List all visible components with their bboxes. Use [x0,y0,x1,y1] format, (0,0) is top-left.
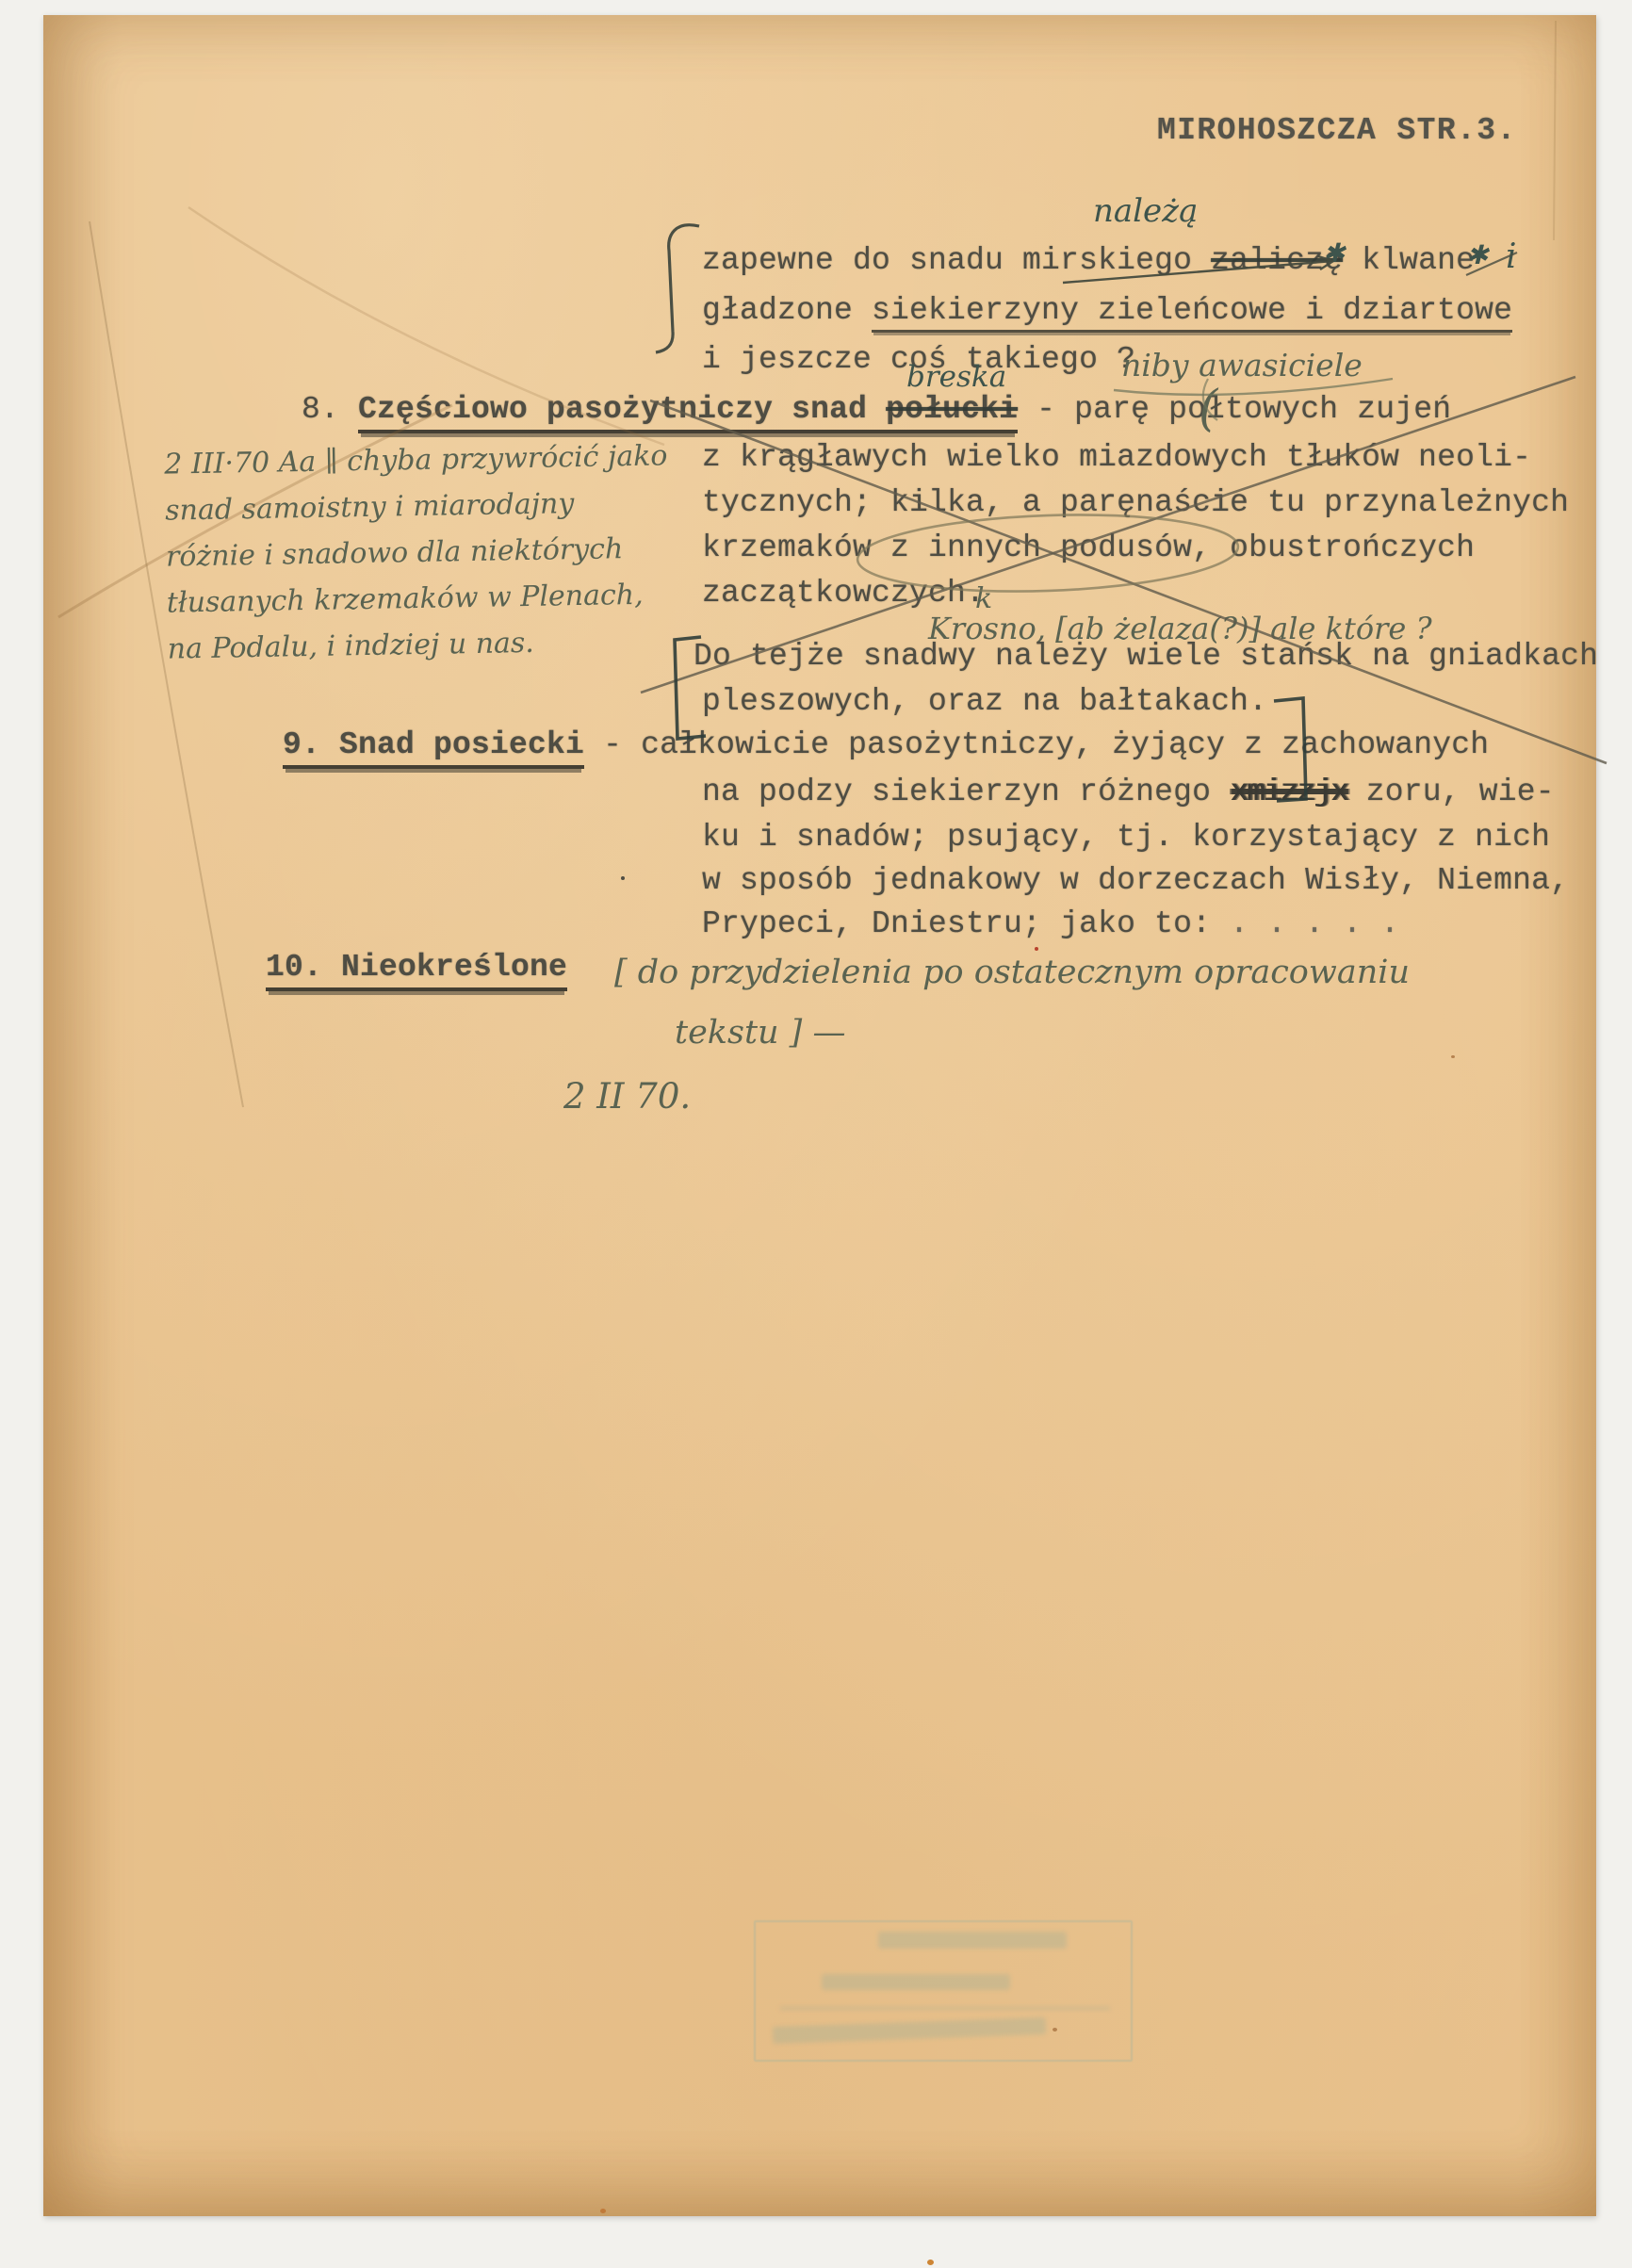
stamp-line-1 [878,1932,1067,1949]
section10-number: 10. [266,950,341,985]
intro-line-2-underlined: siekierzyny zieleńcowe i dziartowe [872,293,1512,333]
section9-line-5-dots: . . . . . [1211,906,1399,941]
paper-speck [1035,947,1038,951]
section10-title-text: Nieokreślone [341,950,567,985]
section8-number: 8. [302,392,358,427]
section8-line-6: Do tejże snadwy należy wiele stańsk na g… [694,639,1598,675]
section8-title: Częściowo pasożytniczy snad połucki [358,392,1018,433]
paper-speck [927,2260,934,2265]
handwritten-breska: breska [906,360,1006,394]
intro-line-1: zapewne do snadu mirskiego zaliczę klwan… [702,243,1475,279]
handwritten-niby: niby awasiciele [1121,347,1363,383]
stamp-rule [780,2007,1110,2010]
margin-note-line-5: na Podalu, i indziej u nas. [167,617,671,672]
section9-heading-line: 9. Snad posiecki - całkowicie pasożytnic… [283,727,1489,763]
section8-line-4: krzemaków z innych podusów, obustrończyc… [702,530,1475,566]
section9-number: 9. [283,727,339,762]
section8-line-4-post: obustrończych [1211,530,1475,565]
margin-note-line-1: 2 III·70 Aa ∥ chyba przywrócić jako [164,432,668,487]
section9-line-2-struck: xmizzjx [1230,775,1347,809]
section8-line-2: z krągławych wielko miazdowych tłuków ne… [702,440,1531,476]
handwritten-bracket-note-line-2: tekstu ] — [675,1014,845,1052]
margin-note-line-4: tłusanych krzemaków w Plenach, [166,571,670,626]
section9-line-2-post: zoru, wie- [1347,775,1555,809]
section8-line-4-circled: z innych podusów, [890,530,1211,565]
archival-stamp [754,1920,1133,2062]
handwritten-i: i [1506,237,1517,276]
paper-speck [621,876,625,880]
paper-speck [1451,1055,1455,1058]
handwritten-date: 2 II 70. [563,1076,691,1117]
asterisk-mark-right: ✱ [1466,239,1488,270]
section8-line-5: zaczątkowczych. [702,576,985,612]
paper-speck [1053,2028,1057,2031]
section9-line-4: w sposób jednakowy w dorzeczach Wisły, N… [702,863,1569,899]
paper-speck [600,2209,606,2213]
section9-line-3: ku i snadów; psujący, tj. korzystający z… [702,820,1550,856]
section8-line-4-pre: krzemaków [702,530,890,565]
intro-line-2: gładzone siekierzyny zieleńcowe i dziart… [702,293,1512,329]
document-scan: MIROHOSZCZA STR.3. zapewne do snadu mirs… [0,0,1632,2268]
handwritten-paren: ( [1199,381,1217,437]
section10-heading-line: 10. Nieokreślone [266,950,567,986]
section9-line-5: Prypeci, Dniestru; jako to: . . . . . [702,906,1399,942]
page-header: MIROHOSZCZA STR.3. [1157,113,1517,149]
section10-title: 10. Nieokreślone [266,950,567,991]
asterisk-mark-left: ✱ [1323,237,1345,269]
section8-heading-line: 8. Częściowo pasożytniczy snad połucki -… [302,392,1451,428]
section9-line-1: - całkowicie pasożytniczy, żyjący z zach… [584,727,1489,762]
margin-note: 2 III·70 Aa ∥ chyba przywrócić jako snad… [164,432,671,672]
section9-line-2: na podzy siekierzyn różnego xmizzjx zoru… [702,775,1555,810]
intro-line-2-pre: gładzone [702,293,872,328]
handwritten-bracket-note-line-1: [ do przydzielenia po ostatecznym opraco… [614,954,1410,991]
section9-line-5-text: Prypeci, Dniestru; jako to: [702,906,1211,941]
stamp-line-3 [773,2017,1046,2044]
stamp-line-2 [822,1974,1010,1990]
section8-line-7: pleszowych, oraz na bałtakach. [702,684,1267,720]
section8-title-struck-word: połucki [886,392,1018,427]
intro-line-1-after: klwane [1343,243,1475,278]
section8-line-3: tycznych; kilka, a paręnaście tu przynal… [702,485,1569,521]
section9-line-2-pre: na podzy siekierzyn różnego [702,775,1230,809]
section8-title-text: Częściowo pasożytniczy snad [358,392,886,427]
section9-title: 9. Snad posiecki [283,727,584,769]
section9-title-text: Snad posiecki [339,727,584,762]
section8-after-title: - parę połtowych zujeń [1018,392,1451,427]
intro-line-1-text: zapewne do snadu mirskiego [702,243,1211,278]
handwritten-naleza: należą [1093,192,1198,230]
